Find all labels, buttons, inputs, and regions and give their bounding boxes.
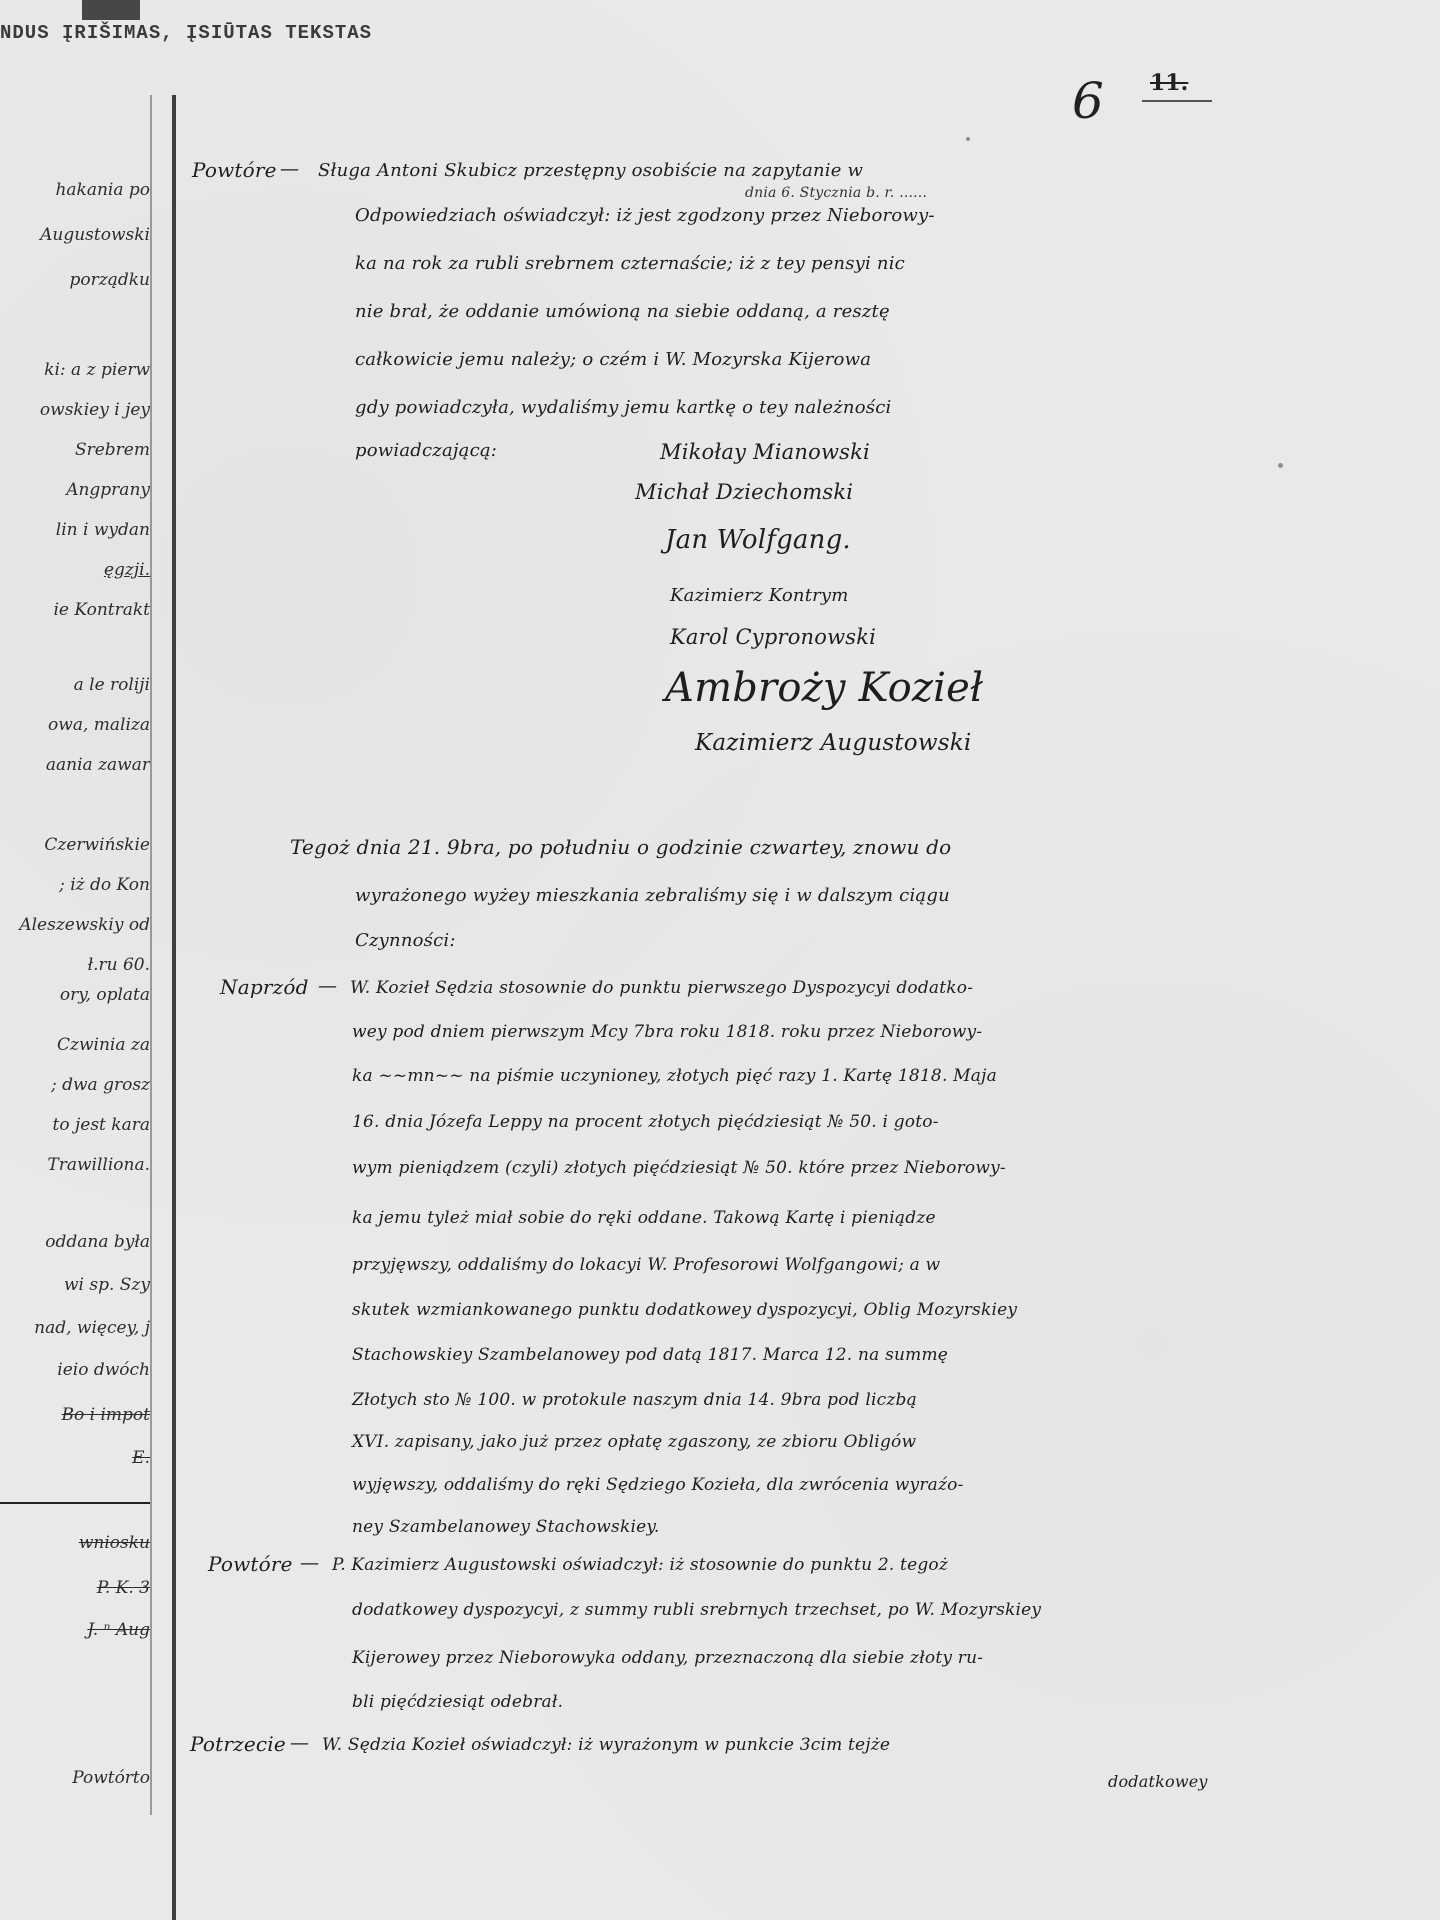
margin-text-line: ieio dwóch <box>57 1360 150 1380</box>
text-line: Tegoż dnia 21. 9bra, po południu o godzi… <box>290 835 951 859</box>
dash: — <box>280 158 299 180</box>
text-line: W. Sędzia Kozieł oświadczył: iż wyrażony… <box>322 1735 890 1755</box>
margin-text-line: Trawilliona. <box>47 1155 150 1175</box>
left-margin-bleed-text: hakania poAugustowskiporządkuki: a z pie… <box>0 0 150 1920</box>
margin-text-line: to jest kara <box>53 1115 150 1135</box>
margin-text-line: Angprany <box>66 480 150 500</box>
text-line: dodatkowey <box>1108 1772 1208 1791</box>
margin-rule-faint <box>150 95 152 1815</box>
margin-text-line: owa, maliza <box>48 715 150 735</box>
text-line: nie brał, że oddanie umówioną na siebie … <box>355 301 890 322</box>
text-line: ka na rok za rubli srebrnem czternaście;… <box>355 253 905 274</box>
margin-text-line: ory, oplata <box>60 985 150 1005</box>
text-line: dodatkowey dyspozycyi, z summy rubli sre… <box>352 1600 1041 1620</box>
margin-rule <box>172 95 176 1920</box>
text-line: Odpowiedziach oświadczył: iż jest zgodzo… <box>355 205 935 226</box>
margin-text-line: Czerwińskie <box>44 835 150 855</box>
section-label: Powtóre <box>192 158 277 182</box>
signature: Jan Wolfgang. <box>665 525 851 555</box>
text-line: przyjęwszy, oddaliśmy do lokacyi W. Prof… <box>352 1255 940 1275</box>
margin-text-line: ęgzji. <box>104 560 150 580</box>
margin-text-line: Czwinia za <box>57 1035 150 1055</box>
margin-text-line: P. K. 3 <box>97 1578 150 1598</box>
margin-text-line: ; dwa grosz <box>51 1075 150 1095</box>
text-line: ka jemu tyleż miał sobie do ręki oddane.… <box>352 1208 936 1228</box>
text-line: Złotych sto № 100. w protokule naszym dn… <box>352 1390 917 1410</box>
interlinear-note: dnia 6. Stycznia b. r. ...... <box>745 185 927 201</box>
page-number: 6 <box>1072 72 1104 130</box>
dash: — <box>290 1732 309 1754</box>
signature: Ambroży Kozieł <box>665 665 983 711</box>
margin-text-line <box>0 1502 150 1504</box>
ink-speck <box>1278 463 1283 468</box>
signature: Michał Dziechomski <box>635 480 853 504</box>
text-line: całkowicie jemu należy; o czém i W. Mozy… <box>355 349 871 370</box>
text-line: Stachowskiey Szambelanowey pod datą 1817… <box>352 1345 948 1365</box>
dash: — <box>300 1552 319 1574</box>
section-label: Powtóre <box>208 1552 293 1576</box>
margin-text-line: Srebrem <box>75 440 150 460</box>
text-line: gdy powiadczyła, wydaliśmy jemu kartkę o… <box>355 397 891 418</box>
text-line: ka ~~mn~~ na piśmie uczynioney, złotych … <box>352 1066 997 1086</box>
section-label: Naprzód <box>220 975 309 999</box>
text-line: Czynności: <box>355 930 456 951</box>
text-line: wym pieniądzem (czyli) złotych pięćdzies… <box>352 1158 1006 1178</box>
text-line: P. Kazimierz Augustowski oświadczył: iż … <box>332 1555 948 1575</box>
margin-text-line: Bo i impot <box>62 1405 150 1425</box>
text-line: wyrażonego wyżey mieszkania zebraliśmy s… <box>355 885 950 906</box>
margin-text-line: Augustowski <box>40 225 150 245</box>
folio-underline <box>1142 100 1212 102</box>
margin-text-line: J. ⁿ Aug <box>87 1620 150 1640</box>
margin-text-line: Aleszewskiy od <box>19 915 150 935</box>
text-line: skutek wzmiankowanego punktu dodatkowey … <box>352 1300 1017 1320</box>
section-label: Potrzecie <box>190 1732 286 1756</box>
text-line: Sługa Antoni Skubicz przestępny osobiści… <box>318 160 863 181</box>
margin-text-line: wi sp. Szy <box>64 1275 150 1295</box>
text-line: wyjęwszy, oddaliśmy do ręki Sędziego Koz… <box>352 1475 964 1495</box>
margin-text-line: nad, więcey, j <box>34 1318 150 1338</box>
margin-text-line: Powtórto <box>72 1768 150 1788</box>
signature: Mikołay Mianowski <box>660 440 870 464</box>
margin-text-line: hakania po <box>55 180 150 200</box>
text-line: Kijerowey przez Nieborowyka oddany, prze… <box>352 1648 983 1668</box>
margin-text-line: aania zawar <box>46 755 150 775</box>
dash: — <box>318 975 337 997</box>
text-line: XVI. zapisany, jako już przez opłatę zga… <box>352 1432 916 1452</box>
text-line: ney Szambelanowey Stachowskiey. <box>352 1517 660 1537</box>
margin-text-line: ; iż do Kon <box>59 875 150 895</box>
signature: Kazimierz Kontrym <box>670 585 849 606</box>
old-folio-number: 11. <box>1150 70 1188 96</box>
margin-text-line: ie Kontrakt <box>53 600 150 620</box>
margin-text-line: E. <box>132 1448 150 1468</box>
signature: Kazimierz Augustowski <box>695 730 971 756</box>
margin-text-line: ł.ru 60. <box>88 955 150 975</box>
margin-text-line: a le roliji <box>74 675 150 695</box>
text-line: bli pięćdziesiąt odebrał. <box>352 1692 563 1712</box>
signature: Karol Cypronowski <box>670 625 876 649</box>
margin-text-line: ki: a z pierw <box>44 360 150 380</box>
margin-text-line: wniosku <box>79 1533 150 1553</box>
margin-text-line: owskiey i jey <box>40 400 150 420</box>
margin-text-line: porządku <box>70 270 150 290</box>
text-line: wey pod dniem pierwszym Mcy 7bra roku 18… <box>352 1022 982 1042</box>
ink-speck <box>966 137 970 141</box>
margin-text-line: lin i wydan <box>56 520 150 540</box>
text-line: powiadczającą: <box>355 440 497 461</box>
margin-text-line: oddana była <box>45 1232 150 1252</box>
text-line: 16. dnia Józefa Leppy na procent złotych… <box>352 1112 939 1132</box>
text-line: W. Kozieł Sędzia stosownie do punktu pie… <box>350 978 973 998</box>
